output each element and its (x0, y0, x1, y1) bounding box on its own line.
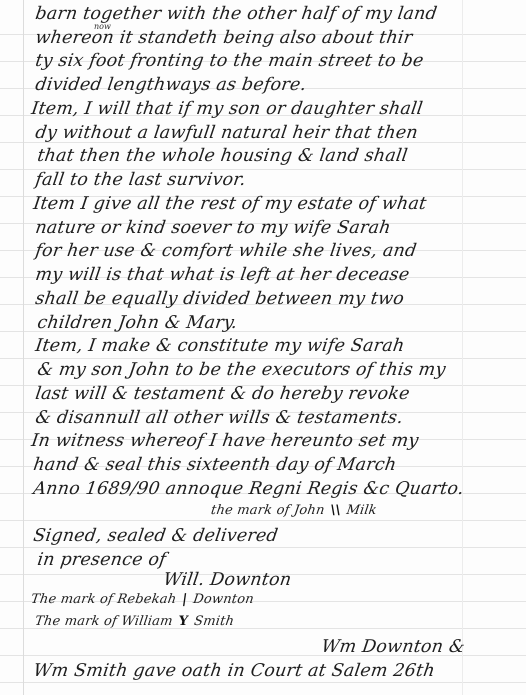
mark-prefix: The mark of Rebekah (30, 592, 177, 607)
text-line: last will & testament & do hereby revoke (34, 384, 411, 404)
right-margin-rule (462, 0, 463, 695)
text-line: Item, I will that if my son or daughter … (30, 99, 424, 119)
text-line: children John & Mary. (36, 313, 239, 333)
left-margin-rule (23, 0, 24, 695)
interlinear-insertion: now (94, 22, 111, 31)
mark-surname: Milk (345, 503, 377, 518)
attestation-line: Signed, sealed & delivered (32, 526, 279, 546)
text-line: & my son John to be the executors of thi… (36, 360, 447, 380)
text-line: Anno 1689/90 annoque Regni Regis &c Quar… (32, 479, 465, 499)
signature-mark-icon: \\ (329, 503, 341, 518)
text-line: hand & seal this sixteenth day of March (32, 455, 398, 475)
text-line: ty six foot fronting to the main street … (34, 51, 425, 71)
text-line: dy without a lawfull natural heir that t… (34, 123, 419, 143)
mark-prefix: The mark of William (34, 614, 174, 629)
oath-line: Wm Smith gave oath in Court at Salem 26t… (32, 661, 436, 681)
text-line: barn together with the other half of my … (34, 4, 438, 24)
text-line: fall to the last survivor. (34, 170, 247, 190)
text-line: & disannull all other wills & testaments… (34, 408, 404, 428)
signature-mark-icon: | (181, 592, 188, 607)
witness-signature: Will. Downton (162, 570, 293, 590)
text-line: In witness whereof I have hereunto set m… (30, 431, 420, 451)
witness-mark: The mark of Rebekah|Downton (30, 592, 255, 607)
oath-line: Wm Downton & (320, 637, 466, 657)
text-line: divided lengthways as before. (34, 75, 308, 95)
testator-signature: the mark of John\\Milk (210, 503, 378, 518)
text-line: shall be equally divided between my two (34, 289, 405, 309)
text-line: my will is that what is left at her dece… (34, 265, 411, 285)
document-page: barn together with the other half of my … (0, 0, 526, 695)
text-line: whereon it standeth being also about thi… (34, 28, 414, 48)
text-line: that then the whole housing & land shall (36, 146, 409, 166)
text-line: nature or kind soever to my wife Sarah (34, 218, 392, 238)
witness-mark: The mark of WilliamYSmith (34, 614, 235, 629)
text-line: for her use & comfort while she lives, a… (34, 241, 418, 261)
text-line: Item I give all the rest of my estate of… (32, 194, 428, 214)
text-line: Item, I make & constitute my wife Sarah (34, 336, 406, 356)
mark-prefix: the mark of John (210, 503, 326, 518)
mark-surname: Downton (192, 592, 255, 607)
mark-surname: Smith (193, 614, 235, 629)
attestation-line: in presence of (36, 550, 167, 570)
signature-mark-icon: Y (178, 614, 190, 629)
